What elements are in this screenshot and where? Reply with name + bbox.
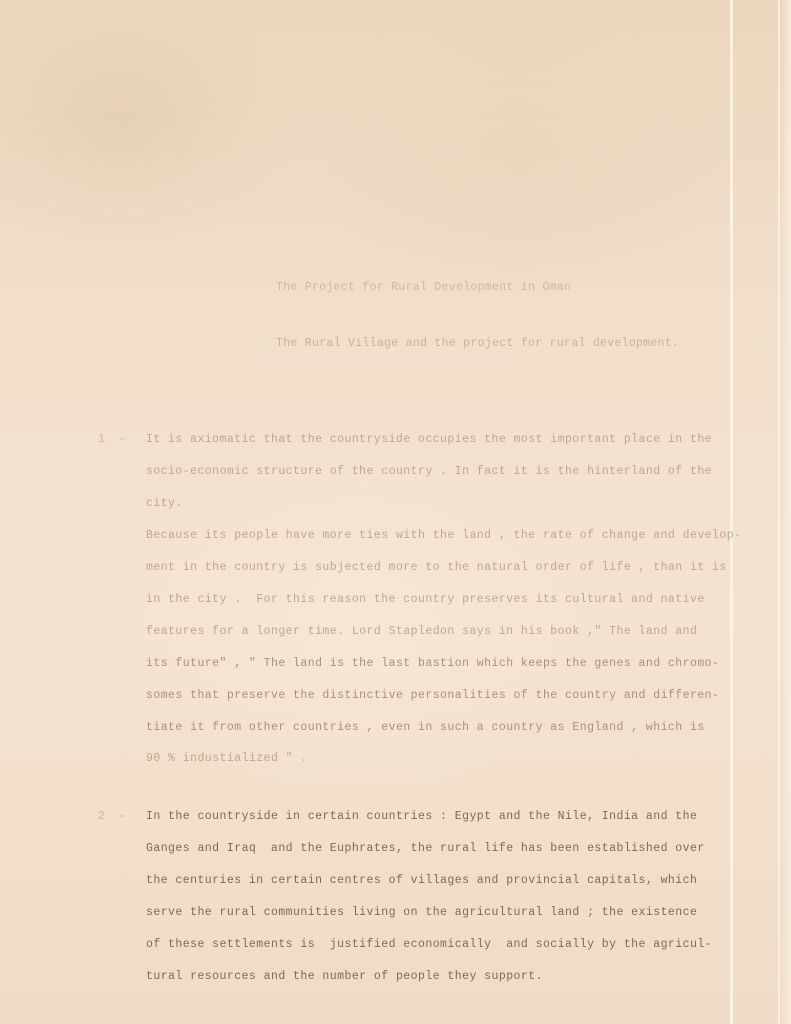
text-line: Because its people have more ties with t… xyxy=(146,529,741,542)
text-line: the centuries in certain centres of vill… xyxy=(146,874,697,887)
text-line: socio-economic structure of the country … xyxy=(146,465,712,478)
text-line: tiate it from other countries , even in … xyxy=(146,721,705,734)
text-line: Ganges and Iraq and the Euphrates, the r… xyxy=(146,842,705,855)
paragraph-number: 1 - xyxy=(98,433,126,446)
text-line: In the countryside in certain countries … xyxy=(146,810,697,823)
text-line: its future" , " The land is the last bas… xyxy=(146,657,719,670)
text-line: ment in the country is subjected more to… xyxy=(146,561,727,574)
text-line: It is axiomatic that the countryside occ… xyxy=(146,433,712,446)
text-line: tural resources and the number of people… xyxy=(146,970,543,983)
text-line: features for a longer time. Lord Stapled… xyxy=(146,625,697,638)
document-title: The Project for Rural Development in Oma… xyxy=(276,281,571,294)
document-subtitle: The Rural Village and the project for ru… xyxy=(276,337,679,350)
paper-fold-line xyxy=(730,0,733,1024)
text-line: 90 % industialized " . xyxy=(146,752,308,765)
text-line: city. xyxy=(146,497,183,510)
text-line: serve the rural communities living on th… xyxy=(146,906,697,919)
text-line: of these settlements is justified econom… xyxy=(146,938,712,951)
text-line: in the city . For this reason the countr… xyxy=(146,593,705,606)
text-line: somes that preserve the distinctive pers… xyxy=(146,689,719,702)
paper-fold-line xyxy=(778,0,780,1024)
scanned-page: The Project for Rural Development in Oma… xyxy=(0,0,791,1024)
paragraph-number: 2 - xyxy=(98,810,126,823)
paper-edge xyxy=(781,0,791,1024)
